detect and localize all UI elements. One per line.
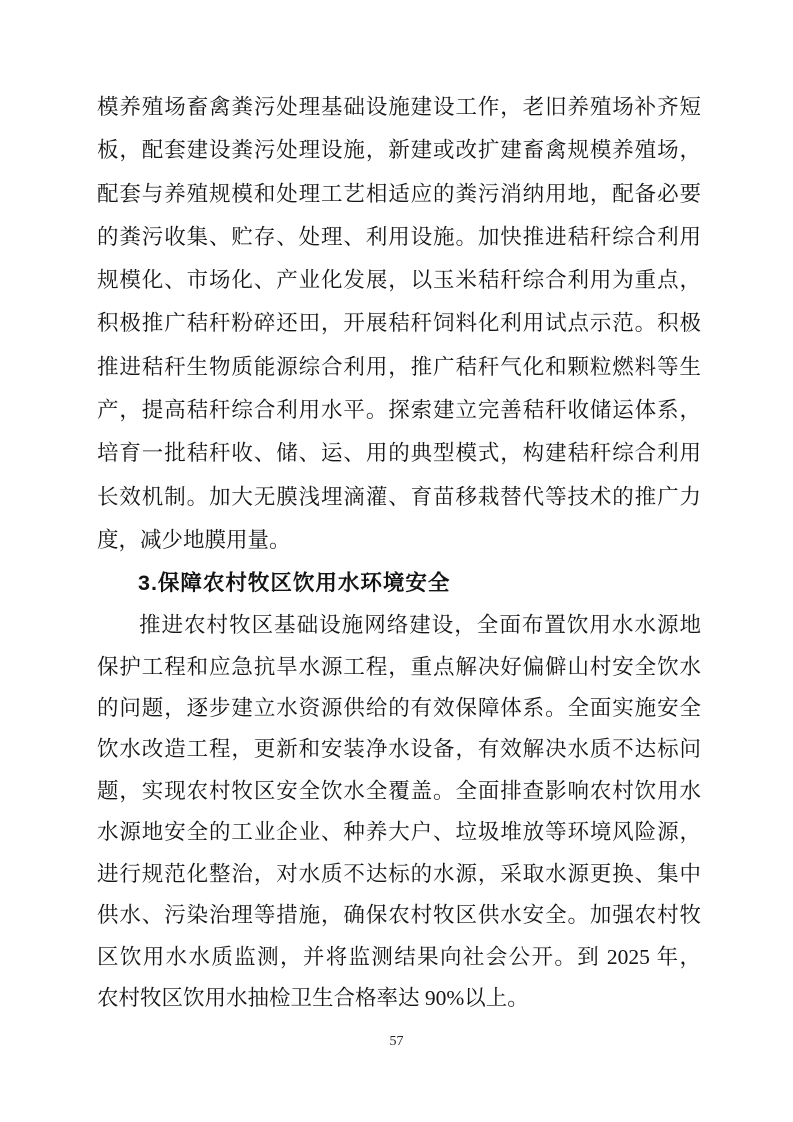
section-heading: 3.保障农村牧区饮用水环境安全: [97, 562, 701, 605]
body-text-line: 长效机制。加大无膜浅埋滴灌、育苗移栽替代等技术的推广力: [97, 476, 701, 519]
body-text-line: 题，实现农村牧区安全饮水全覆盖。全面排查影响农村饮用水: [97, 771, 701, 812]
body-text-line: 培育一批秸秆收、储、运、用的典型模式，构建秸秆综合利用: [97, 432, 701, 475]
page-number: 57: [0, 1032, 793, 1052]
body-text-line: 推进农村牧区基础设施网络建设，全面布置饮用水水源地: [97, 605, 701, 646]
body-text-line: 区饮用水水质监测，并将监测结果向社会公开。到 2025 年，: [97, 937, 701, 978]
body-text-line: 板，配套建设粪污处理设施，新建或改扩建畜禽规模养殖场，: [97, 129, 701, 172]
body-text-line: 的粪污收集、贮存、处理、利用设施。加快推进秸秆综合利用: [97, 216, 701, 259]
body-text-line: 的问题，逐步建立水资源供给的有效保障体系。全面实施安全: [97, 688, 701, 729]
body-text-line: 规模化、市场化、产业化发展，以玉米秸秆综合利用为重点，: [97, 259, 701, 302]
body-text-line: 供水、污染治理等措施，确保农村牧区供水安全。加强农村牧: [97, 895, 701, 936]
body-text-line: 进行规范化整治，对水质不达标的水源，采取水源更换、集中: [97, 854, 701, 895]
paragraph-2: 推进农村牧区基础设施网络建设，全面布置饮用水水源地 保护工程和应急抗旱水源工程，…: [97, 605, 701, 1019]
body-text-line: 积极推广秸秆粉碎还田，开展秸秆饲料化利用试点示范。积极: [97, 302, 701, 345]
body-text-line: 水源地安全的工业企业、种养大户、垃圾堆放等环境风险源，: [97, 812, 701, 853]
body-text-line: 饮水改造工程，更新和安装净水设备，有效解决水质不达标问: [97, 729, 701, 770]
body-text-line: 农村牧区饮用水抽检卫生合格率达 90%以上。: [97, 978, 701, 1019]
body-text-line: 配套与养殖规模和处理工艺相适应的粪污消纳用地，配备必要: [97, 173, 701, 216]
body-text-line: 模养殖场畜禽粪污处理基础设施建设工作，老旧养殖场补齐短: [97, 86, 701, 129]
paragraph-1: 模养殖场畜禽粪污处理基础设施建设工作，老旧养殖场补齐短 板，配套建设粪污处理设施…: [97, 86, 701, 562]
body-text-line: 推进秸秆生物质能源综合利用，推广秸秆气化和颗粒燃料等生: [97, 346, 701, 389]
body-text-line: 产，提高秸秆综合利用水平。探索建立完善秸秆收储运体系，: [97, 389, 701, 432]
document-page: 模养殖场畜禽粪污处理基础设施建设工作，老旧养殖场补齐短 板，配套建设粪污处理设施…: [0, 0, 793, 1122]
text-block: 模养殖场畜禽粪污处理基础设施建设工作，老旧养殖场补齐短 板，配套建设粪污处理设施…: [97, 86, 701, 1019]
body-text-line: 保护工程和应急抗旱水源工程，重点解决好偏僻山村安全饮水: [97, 647, 701, 688]
body-text-line: 度，减少地膜用量。: [97, 519, 701, 562]
